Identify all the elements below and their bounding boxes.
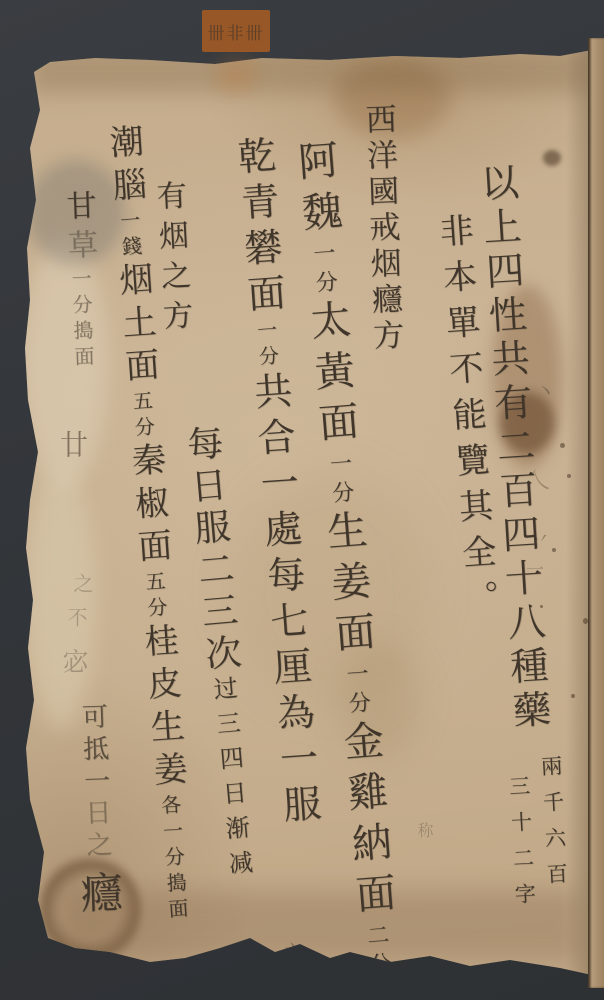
stamp-ink-bleed [198, 50, 274, 98]
faint-character: 廿 [52, 430, 92, 458]
closing-character: 癮 [74, 870, 125, 916]
dosage: 各一分搗面 [157, 794, 190, 925]
faint-character: 之 [278, 942, 307, 962]
ingredient: 桂皮生姜 [137, 621, 189, 795]
ingredient: 阿魏 [290, 138, 344, 243]
ingredient: 潮腦 [102, 123, 148, 212]
ink-speck [560, 443, 565, 448]
shade-bottom-band [60, 890, 580, 960]
instruction-small: 过三四日渐减 [208, 675, 254, 887]
dosage: 一分 [326, 451, 355, 511]
column-word-count-left: 三十二字 [503, 774, 540, 919]
dosage: 一分 [309, 241, 338, 301]
dosage: 一錢 [116, 209, 144, 263]
ingredient: 秦椒面 [124, 441, 173, 572]
ingredient: 烟土面 [112, 260, 161, 391]
dosage: 一分搗面 [68, 268, 96, 373]
repair-patch-left-2 [26, 470, 96, 730]
dosage: 五分 [129, 390, 157, 444]
closing-text: 可抵一 [77, 702, 110, 799]
column-text: 三十二字 [506, 774, 538, 919]
dosage: 一分 [342, 661, 371, 721]
adjacent-page-edge [588, 38, 604, 988]
faint-character: 称 [413, 822, 436, 838]
ingredient-faded: 草 [61, 228, 97, 268]
closing-text-faded: 日之 [80, 798, 112, 863]
dosage: 二分 [363, 923, 392, 983]
column-text: 西洋國戒烟癮方 [359, 102, 404, 355]
ingredient: 生姜面 [319, 508, 377, 664]
manuscript-page: 以上四性共有二百四十八種藥 兩千六百 三十二字 非本單不能覽其全。 西洋國戒烟癮… [0, 0, 604, 1000]
column-ingredients-4: 甘草一分搗面 [55, 189, 105, 372]
shade-top-band [30, 48, 590, 93]
dosage: 五分 [141, 570, 169, 624]
faint-character: 之 [68, 573, 97, 593]
column-recipe-title-western: 西洋國戒烟癮方 [355, 102, 409, 355]
ingredient: 太黃面 [303, 298, 361, 454]
seal-glyphs: 卌非卌 [208, 19, 265, 44]
ingredient: 金雞納面 [336, 718, 398, 925]
ingredient: 乾青礬面 [230, 135, 287, 322]
ingredient: 甘 [60, 189, 96, 229]
column-text: 兩千六百 [538, 754, 570, 899]
stain-dark-dot [543, 150, 561, 166]
instruction: 每日服二三次 [180, 423, 243, 678]
faint-character: 宓 [55, 648, 92, 674]
dosage: 一分 [253, 319, 281, 373]
ink-speck [552, 548, 556, 552]
seal-stamp: 卌非卌 [202, 10, 270, 52]
column-closing-line: 可抵一日之癮 [62, 702, 129, 916]
page-fold-shadow [566, 48, 590, 976]
faint-character: 不 [62, 607, 91, 627]
